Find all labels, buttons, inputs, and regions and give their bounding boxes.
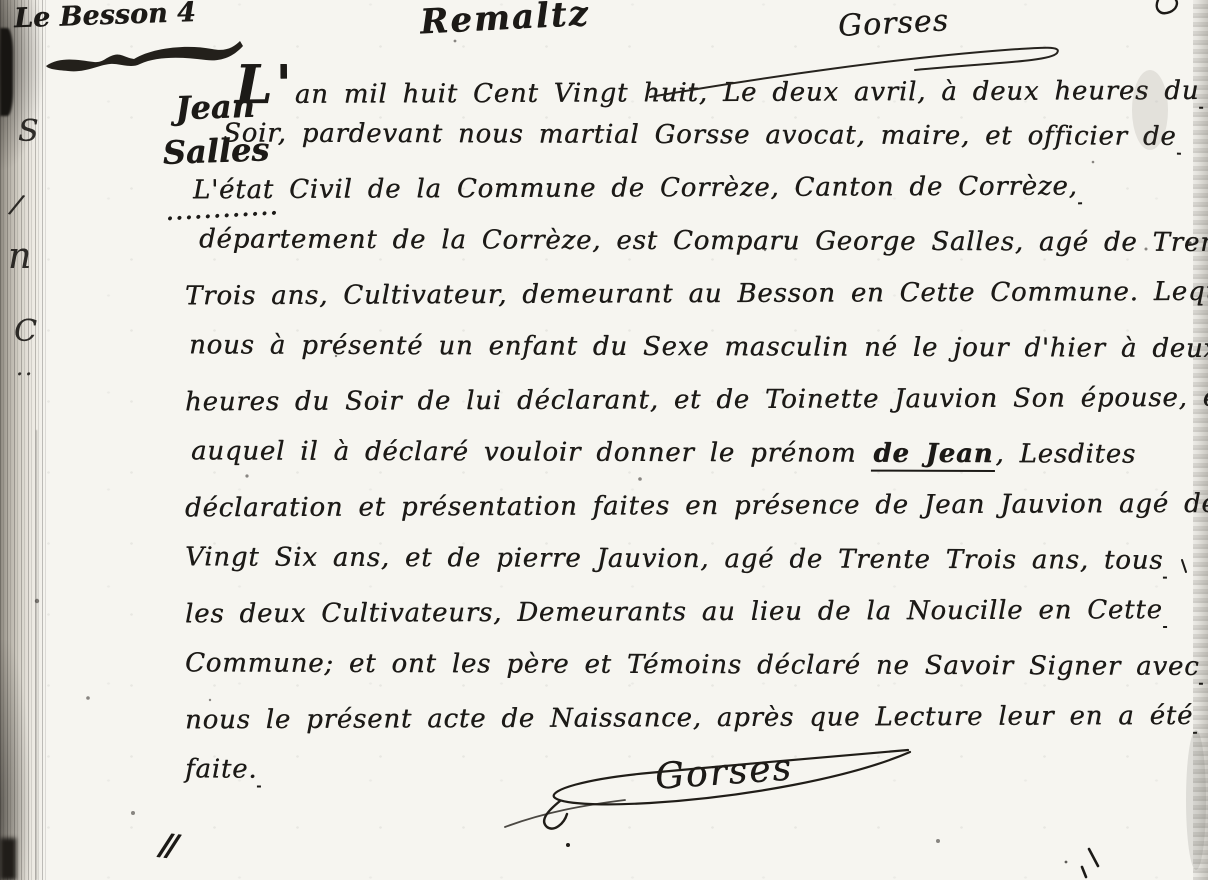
ditto-mark: // (158, 827, 176, 863)
underlined-given-name: de Jean (871, 439, 995, 472)
edge-fragment-letter: C (14, 314, 37, 349)
ink-dot (1065, 861, 1068, 864)
act-line: Vingt Six ans, et de pierre Jauvion, agé… (185, 531, 1205, 588)
act-line: nous le présent acte de Naissance, après… (185, 690, 1205, 747)
edge-fragment-letter: S (18, 114, 39, 149)
left-edge-ink-blot-bottom (0, 838, 16, 880)
act-body-text: L'an mil huit Cent Vingt huit, Le deux a… (185, 56, 1205, 798)
act-line: Commune; et ont les père et Témoins décl… (185, 637, 1205, 694)
cutoff-stroke-fragment (1157, 0, 1177, 13)
act-line-child-name: auquel il à déclaré vouloir donner le pr… (185, 425, 1205, 482)
margin-place-note: Le Besson 4 (14, 0, 197, 34)
top-signature-right: Gorses (837, 3, 950, 44)
act-line: les deux Cultivateurs, Demeurants au lie… (185, 584, 1205, 641)
act-line: déclaration et présentation faites en pr… (185, 478, 1205, 535)
act-line: heures du Soir de lui déclarant, et de T… (185, 372, 1205, 429)
act-line: nous à présenté un enfant du Sexe mascul… (185, 319, 1205, 376)
scanned-birth-record-page: Le Besson 4 Remaltz Gorses Jean Salles .… (0, 0, 1208, 880)
act-line: L'état Civil de la Commune de Corrèze, C… (185, 160, 1205, 217)
act-line: L'an mil huit Cent Vingt huit, Le deux a… (185, 54, 1205, 111)
act-line: Trois ans, Cultivateur, demeurant au Bes… (185, 266, 1205, 323)
edge-fragment-letter: n (8, 236, 31, 277)
ink-dot (566, 843, 570, 847)
left-margin-rule-line (36, 430, 37, 880)
signature-paraph-underline (505, 800, 625, 827)
edge-fragment-dots: .. (16, 356, 34, 381)
stray-pen-marks (1082, 849, 1098, 877)
top-signature-left: Remaltz (419, 0, 591, 42)
signature-paraph-tail (544, 801, 567, 829)
act-line: département de la Corrèze, est Comparu G… (185, 213, 1205, 270)
act-line: Soir, pardevant nous martial Gorsse avoc… (185, 107, 1205, 164)
left-edge-ink-blot-top (0, 28, 13, 116)
